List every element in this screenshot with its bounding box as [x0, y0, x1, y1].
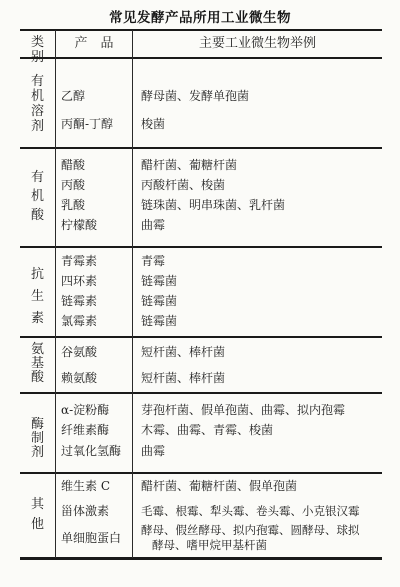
product-cell: α-淀粉酶: [61, 402, 109, 418]
product-cell: 甾体激素: [61, 503, 109, 519]
microbes-cell: 短杆菌、棒杆菌: [141, 370, 225, 386]
category-char: 有: [20, 74, 55, 89]
microbes-cell: 青霉: [141, 253, 165, 269]
product-cell: 醋酸: [61, 157, 85, 173]
section-divider: [20, 147, 382, 149]
product-cell: 乙醇: [61, 88, 85, 104]
column-divider-category: [55, 30, 56, 558]
microbes-cell-continuation: 酵母、嗜甲烷甲基杆菌: [152, 537, 267, 553]
section-divider: [20, 246, 382, 248]
bottom-rule: [20, 557, 382, 560]
category-label: 酶 制 剂: [20, 418, 55, 460]
table-title: 常见发酵产品所用工业微生物: [0, 6, 400, 26]
microbes-cell: 链珠菌、明串珠菌、乳杆菌: [141, 197, 285, 213]
column-divider-product: [132, 30, 133, 558]
category-label: 有 机 酸: [20, 168, 55, 225]
microbes-cell: 毛霉、根霉、犁头霉、卷头霉、小克银汉霉: [141, 503, 360, 519]
product-cell: 乳酸: [61, 197, 85, 213]
category-char: 素: [20, 308, 55, 330]
microbes-cell: 丙酸杆菌、梭菌: [141, 177, 225, 193]
category-char: 他: [20, 515, 55, 535]
product-cell: 过氧化氢酶: [61, 443, 121, 459]
category-label: 氨 基 酸: [20, 343, 55, 385]
category-label: 其 他: [20, 495, 55, 535]
category-char: 机: [20, 187, 55, 206]
microbes-cell: 链霉菌: [141, 313, 177, 329]
microbes-cell: 梭菌: [141, 116, 165, 132]
product-cell: 丙酸: [61, 177, 85, 193]
product-cell: 链霉素: [61, 293, 97, 309]
product-cell: 四环素: [61, 273, 97, 289]
product-cell: 柠檬酸: [61, 217, 97, 233]
category-char: 酶: [20, 418, 55, 432]
category-char: 氨: [20, 343, 55, 357]
category-char: 抗: [20, 264, 55, 286]
product-cell: 赖氨酸: [61, 370, 97, 386]
microbes-cell: 酵母菌、发酵单孢菌: [141, 88, 249, 104]
category-char: 基: [20, 357, 55, 371]
product-cell: 纤维素酶: [61, 422, 109, 438]
header-category: 类 别: [20, 35, 55, 65]
category-char: 酸: [20, 206, 55, 225]
category-char: 剂: [20, 446, 55, 460]
section-divider: [20, 336, 382, 338]
category-char: 其: [20, 495, 55, 515]
microbes-cell: 醋杆菌、葡糖杆菌: [141, 157, 237, 173]
product-cell: 单细胞蛋白: [61, 530, 121, 546]
category-label: 有 机 溶 剂: [20, 74, 55, 134]
category-char: 机: [20, 89, 55, 104]
microbes-cell: 木霉、曲霉、青霉、梭菌: [141, 422, 273, 438]
section-divider: [20, 392, 382, 394]
product-cell: 青霉素: [61, 253, 97, 269]
product-cell: 丙酮-丁醇: [61, 116, 113, 132]
microbes-cell: 酵母、假丝酵母、拟内孢霉、圆酵母、球拟: [141, 522, 360, 538]
top-rule: [20, 29, 382, 31]
category-char: 溶: [20, 104, 55, 119]
section-divider: [20, 472, 382, 474]
microbes-cell: 醋杆菌、葡糖杆菌、假单孢菌: [141, 478, 297, 494]
microbes-cell: 曲霉: [141, 443, 165, 459]
header-product: 产 品: [56, 36, 132, 52]
header-rule: [20, 57, 382, 59]
header-category-char: 别: [20, 50, 55, 65]
category-char: 有: [20, 168, 55, 187]
category-label: 抗 生 素: [20, 264, 55, 330]
category-char: 剂: [20, 119, 55, 134]
header-microbes: 主要工业微生物举例: [133, 36, 382, 52]
category-char: 生: [20, 286, 55, 308]
microbes-cell: 链霉菌: [141, 293, 177, 309]
microbes-cell: 短杆菌、棒杆菌: [141, 344, 225, 360]
category-char: 制: [20, 432, 55, 446]
product-cell: 谷氨酸: [61, 344, 97, 360]
microbes-cell: 曲霉: [141, 217, 165, 233]
product-cell: 氯霉素: [61, 313, 97, 329]
microbes-cell: 芽孢杆菌、假单孢菌、曲霉、拟内孢霉: [141, 402, 345, 418]
header-category-char: 类: [20, 35, 55, 50]
product-cell: 维生素 C: [61, 478, 110, 494]
category-char: 酸: [20, 371, 55, 385]
microbes-cell: 链霉菌: [141, 273, 177, 289]
